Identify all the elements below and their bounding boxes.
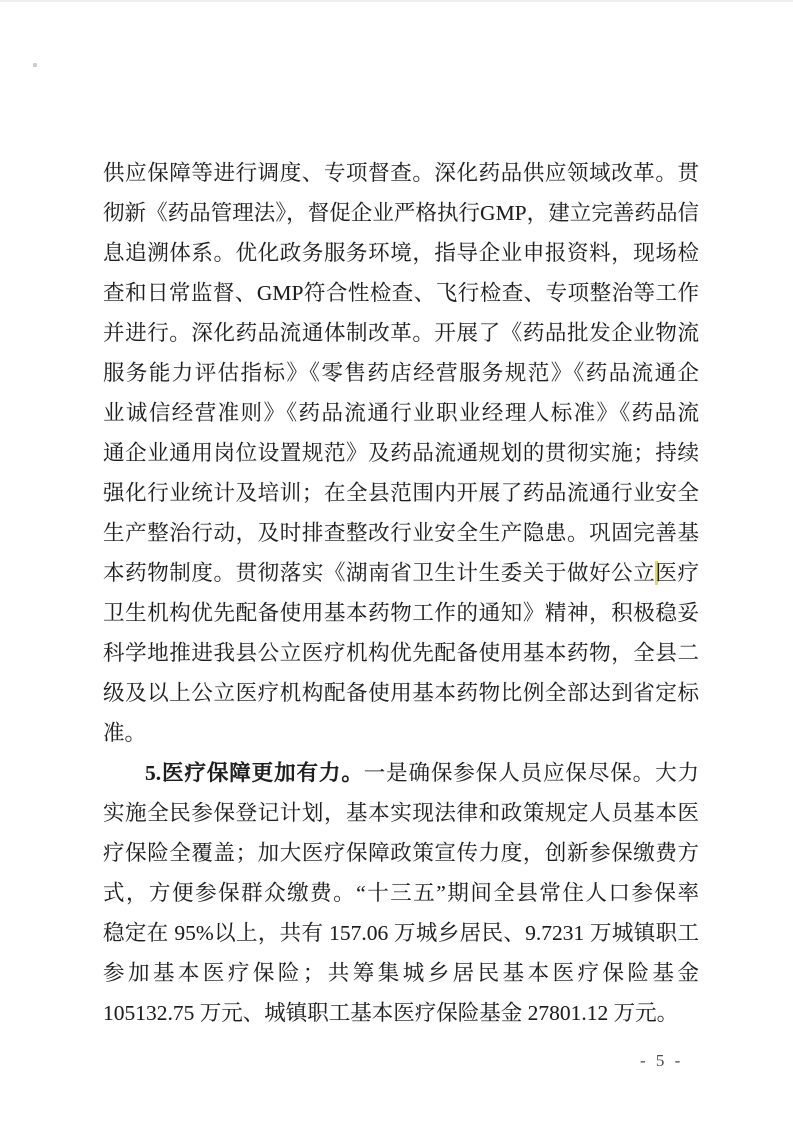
text-line: 参加基本医疗保险；共筹集城乡居民基本医疗保险基金 bbox=[103, 953, 699, 993]
document-page: 供应保障等进行调度、专项督查。深化药品供应领域改革。贯 彻新《药品管理法》，督促… bbox=[0, 0, 793, 1122]
text-line: 息追溯体系。优化政务服务环境，指导企业申报资料，现场检 bbox=[103, 233, 699, 273]
text-line: 生产整治行动，及时排查整改行业安全生产隐患。巩固完善基 bbox=[103, 513, 699, 553]
scan-edge-artifact bbox=[0, 0, 793, 2]
highlighted-character: 医 bbox=[655, 561, 677, 585]
paragraph-2: 5.医疗保障更加有力。一是确保参保人员应保尽保。大力 实施全民参保登记计划，基本… bbox=[103, 753, 699, 1033]
text-line: 业诚信经营准则》《药品流通行业职业经理人标准》《药品流 bbox=[103, 393, 699, 433]
document-body: 供应保障等进行调度、专项督查。深化药品供应领域改革。贯 彻新《药品管理法》，督促… bbox=[103, 153, 699, 1033]
text-segment: 本药物制度。贯彻落实《湖南省卫生计生委关于做好公立 bbox=[103, 561, 655, 585]
section-heading: 5.医疗保障更加有力。 bbox=[145, 761, 364, 785]
paragraph-1: 供应保障等进行调度、专项督查。深化药品供应领域改革。贯 彻新《药品管理法》，督促… bbox=[103, 153, 699, 753]
text-line: 查和日常监督、GMP符合性检查、飞行检查、专项整治等工作合 bbox=[103, 273, 699, 313]
text-line: 准。 bbox=[103, 713, 699, 753]
text-line: 式，方便参保群众缴费。“十三五”期间全县常住人口参保率 bbox=[103, 873, 699, 913]
text-line: 通企业通用岗位设置规范》及药品流通规划的贯彻实施；持续 bbox=[103, 433, 699, 473]
text-line: 本药物制度。贯彻落实《湖南省卫生计生委关于做好公立医疗 bbox=[103, 553, 699, 593]
text-line: 5.医疗保障更加有力。一是确保参保人员应保尽保。大力 bbox=[103, 753, 699, 793]
text-line: 疗保险全覆盖；加大医疗保障政策宣传力度，创新参保缴费方 bbox=[103, 833, 699, 873]
scan-speck-artifact bbox=[33, 63, 37, 67]
text-line: 稳定在 95%以上，共有 157.06 万城乡居民、9.7231 万城镇职工 bbox=[103, 913, 699, 953]
text-line: 彻新《药品管理法》，督促企业严格执行GMP，建立完善药品信 bbox=[103, 193, 699, 233]
text-line: 强化行业统计及培训；在全县范围内开展了药品流通行业安全 bbox=[103, 473, 699, 513]
text-segment: 一是确保参保人员应保尽保。大力 bbox=[364, 761, 699, 785]
text-line: 供应保障等进行调度、专项督查。深化药品供应领域改革。贯 bbox=[103, 153, 699, 193]
text-line: 并进行。深化药品流通体制改革。开展了《药品批发企业物流 bbox=[103, 313, 699, 353]
text-line: 实施全民参保登记计划，基本实现法律和政策规定人员基本医 bbox=[103, 793, 699, 833]
text-line: 105132.75 万元、城镇职工基本医疗保险基金 27801.12 万元。 bbox=[103, 993, 699, 1033]
text-line: 科学地推进我县公立医疗机构优先配备使用基本药物，全县二 bbox=[103, 633, 699, 673]
text-line: 服务能力评估指标》《零售药店经营服务规范》《药品流通企 bbox=[103, 353, 699, 393]
text-segment: 疗 bbox=[677, 561, 699, 585]
text-line: 级及以上公立医疗机构配备使用基本药物比例全部达到省定标 bbox=[103, 673, 699, 713]
text-line: 卫生机构优先配备使用基本药物工作的通知》精神，积极稳妥 bbox=[103, 593, 699, 633]
page-number: - 5 - bbox=[640, 1051, 683, 1071]
